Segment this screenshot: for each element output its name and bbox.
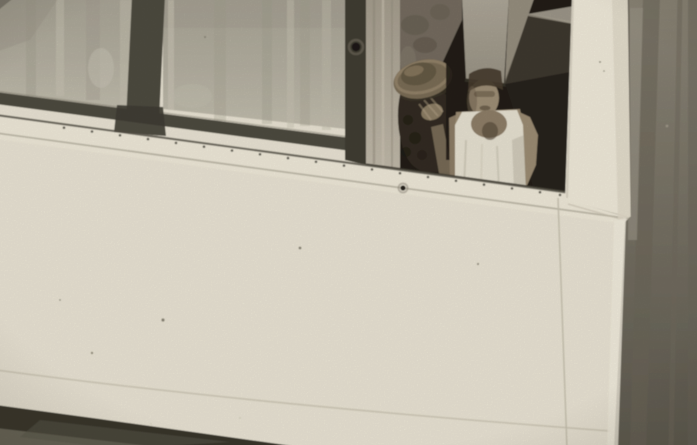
vignette-overlay xyxy=(0,0,697,445)
photo-canvas xyxy=(0,0,697,445)
photograph xyxy=(0,0,697,445)
